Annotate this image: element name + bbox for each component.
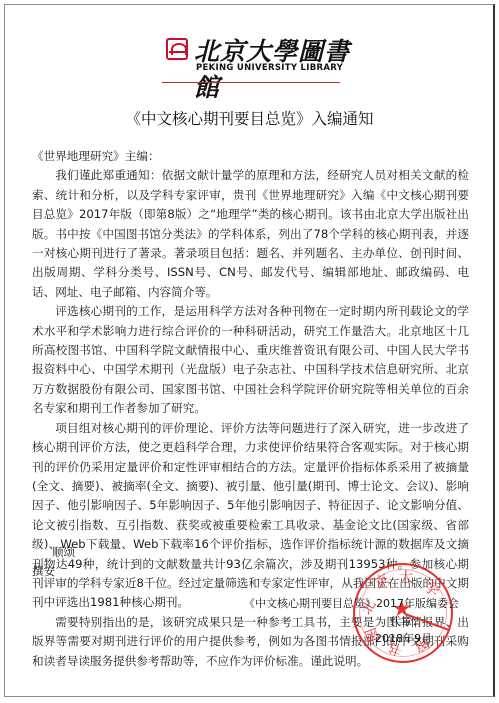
document-title: 《中文核心期刊要目总览》入编通知	[0, 107, 499, 129]
logo-english-name: PEKING UNIVERSITY LIBRARY	[196, 63, 343, 73]
library-emblem-icon	[166, 38, 188, 60]
closing-greeting: 顺颂	[52, 543, 75, 562]
signature-date: 2018年9月	[375, 630, 432, 646]
library-logo: 北京大學圖書館 PEKING UNIVERSITY LIBRARY	[166, 36, 366, 80]
paragraph-selection: 评选核心期刊的工作，是运用科学方法对各种刊物在一定时期内所刊载论文的学术水平和学…	[32, 302, 469, 418]
signature-seal-note: 代章：	[390, 613, 423, 629]
header-divider	[162, 82, 340, 83]
addressee: 《世界地理研究》主编：	[32, 147, 469, 166]
seal-char: 大	[399, 567, 413, 587]
paragraph-notice: 我们谨此郑重通知：依据文献计量学的原理和方法，经研究人员对相关文献的检索、统计和…	[32, 166, 469, 302]
closing-wish: 撰安	[32, 562, 55, 581]
signature-organization: 《中文核心期刊要目总览》2017年版编委会	[244, 595, 459, 611]
